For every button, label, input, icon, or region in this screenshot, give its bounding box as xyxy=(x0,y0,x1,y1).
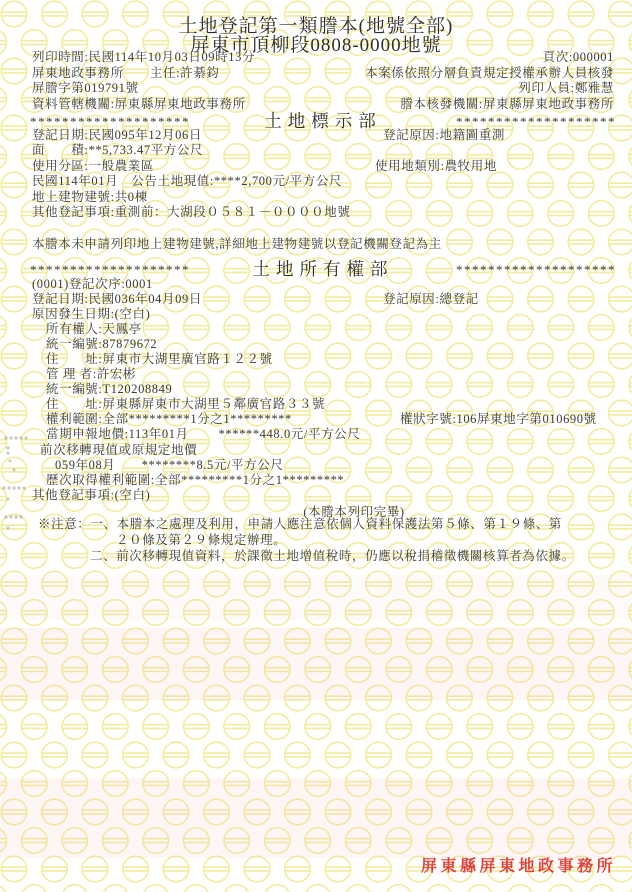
section-divider-stars: ******************** xyxy=(30,260,190,278)
section-title-land-description: 土地標示部 xyxy=(264,108,382,133)
registration-reason: 登記原因:地籍圖重測 xyxy=(383,128,505,143)
notice-line-2: ２０條及第２９條規定辦理。 xyxy=(116,533,286,548)
manager-name: 管 理 者:許宏彬 xyxy=(46,367,136,382)
section-divider-stars: ******************** xyxy=(30,112,190,130)
owner-address: 住 址:屏東市大湖里廣官路１２２號 xyxy=(46,352,273,367)
authorization-note: 本案係依照分層負責規定授權承辦人員核發 xyxy=(365,66,614,81)
deed-certificate-number: 權狀字號:106屏東地字第010690號 xyxy=(400,412,597,427)
section-title-ownership: 土地所有權部 xyxy=(253,256,394,281)
land-transcript-document: 土地登記第一類謄本(地號全部) 屏東市頂柳段0808-0000地號 列印時間:民… xyxy=(0,0,632,892)
ownership-registration-date: 登記日期:民國036年04月09日 xyxy=(32,292,202,307)
manager-uid: 統一編號:T120208849 xyxy=(46,382,172,397)
declared-land-value: 當期申報地價:113年01月 ******448.0元/平方公尺 xyxy=(46,427,360,442)
zoning: 使用分區:一般農業區 xyxy=(32,159,154,174)
building-print-note: 本謄本未申請列印地上建物建號,詳細地上建物建號以登記機關登記為主 xyxy=(32,237,442,252)
ownership-registration-reason: 登記原因:總登記 xyxy=(383,292,479,307)
page-number: 頁次:000001 xyxy=(543,50,614,65)
owner-name: 所有權人:天鳳亭 xyxy=(46,322,142,337)
announced-land-value: 民國114年01月 公告土地現值:****2,700元/平方公尺 xyxy=(32,174,342,189)
previous-transfer-value-label: 前次移轉現值或原規定地價 xyxy=(40,443,197,458)
land-area: 面 積:**5,733.47平方公尺 xyxy=(32,143,203,158)
print-time: 列印時間:民國114年10月03日09時13分 xyxy=(32,50,255,65)
previous-transfer-value: 059年08月 ********8.5元/平方公尺 xyxy=(55,458,283,473)
building-count: 地上建物建號:共0棟 xyxy=(32,190,148,205)
cause-occurrence-date: 原因發生日期:(空白) xyxy=(32,307,150,322)
land-use-type: 使用地類別:農牧用地 xyxy=(375,159,497,174)
registration-date: 登記日期:民國095年12月06日 xyxy=(32,128,202,143)
notice-line-3: 二、前次移轉現值資料，於課徵土地增值稅時，仍應以稅捐稽徵機關核算者為依據。 xyxy=(90,549,575,564)
historical-rights-scope: 歷次取得權利範圍:全部*********1分之1********* xyxy=(46,473,344,488)
owner-uid: 統一編號:87879672 xyxy=(46,337,157,352)
transcript-file-number: 屏謄字第019791號 xyxy=(32,81,139,96)
notice-line-1: ※注意：一、本謄本之處理及利用，申請人應注意依個人資料保護法第５條、第１９條、第 xyxy=(38,517,562,532)
section-divider-stars: ******************** xyxy=(456,112,616,130)
rights-scope: 權利範圍:全部*********1分之1********* xyxy=(46,412,292,427)
manager-address: 住 址:屏東縣屏東市大湖里５鄰廣官路３３號 xyxy=(46,397,325,412)
section-divider-stars: ******************** xyxy=(456,260,616,278)
print-staff: 列印人員:鄭雅慧 xyxy=(518,81,614,96)
registration-sequence: (0001)登記次序:0001 xyxy=(32,277,153,292)
ownership-other-registration: 其他登記事項:(空白) xyxy=(32,488,150,503)
office-and-director: 屏東地政事務所 主任:許綦鈞 xyxy=(32,66,219,81)
office-stamp-text: 屏東縣屏東地政事務所 xyxy=(421,853,616,876)
other-registration-item: 其他登記事項:重測前：大湖段０５８１－００００地號 xyxy=(32,205,350,220)
